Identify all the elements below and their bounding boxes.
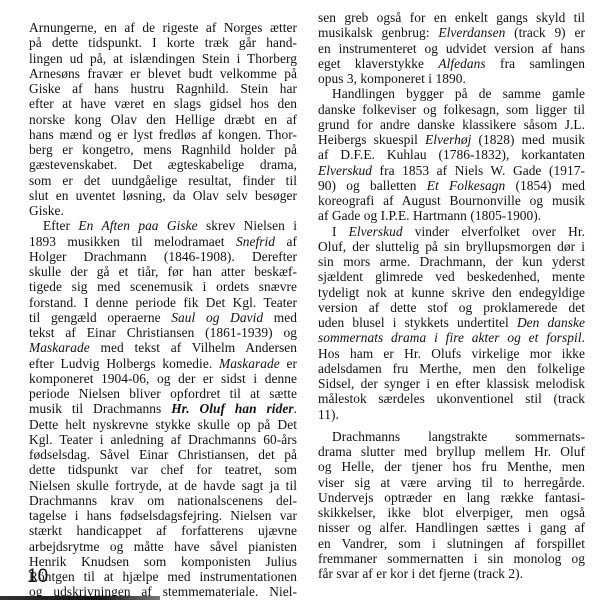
subtitle-text: sommernats drama i fire akter og et fors… bbox=[318, 330, 582, 345]
work-title: Maskarade bbox=[29, 340, 90, 355]
paragraph-gap bbox=[318, 422, 585, 429]
text-line: slut en uventet løsning, da Olav selv be… bbox=[29, 188, 297, 203]
text-line: lingen ud på, at islændingen Stein i Tho… bbox=[29, 51, 297, 66]
text-line: efter at have været en slags gidsel hos … bbox=[29, 96, 297, 111]
text-line: danske folkeviser og folkesagn, som ligg… bbox=[318, 102, 585, 117]
text-line: og Helle, der tjener hos fru Menthe, men bbox=[318, 459, 585, 474]
right-text-column: sen greb også for en enkelt gangs skyld … bbox=[318, 10, 585, 581]
work-title: Maskarade bbox=[219, 356, 280, 371]
text-line: Undervejs optræder en lang række fantasi… bbox=[318, 490, 585, 505]
text-line: norske kong Olav den Hellige dræbt en af bbox=[29, 112, 297, 127]
text-line: Oluf, der sluttelig på sin bryllupsmorge… bbox=[318, 239, 585, 254]
text-run: . bbox=[294, 401, 297, 416]
text-run: til gengæld operaerne bbox=[29, 310, 171, 325]
text-line: skikkelser, ikke blot elverpiger, men og… bbox=[318, 505, 585, 520]
text-run: af bbox=[275, 234, 297, 249]
page-number: 10 bbox=[27, 566, 48, 588]
text-line: berg er kongetro, mens Ragnhild holder p… bbox=[29, 142, 297, 157]
text-line: version af dette stof og proklamerede de… bbox=[318, 300, 585, 315]
text-line: Giske. bbox=[29, 203, 297, 218]
text-line: til gengæld operaerne Saul og David med bbox=[29, 310, 297, 325]
text-line: dette tidspunkt var chef for teatret, so… bbox=[29, 462, 297, 477]
text-line: af Gade og I.P.E. Hartmann (1805-1900). bbox=[318, 208, 585, 223]
text-line: Efter En Aften paa Giske skrev Nielsen i bbox=[29, 218, 297, 233]
text-line: Giske af hans hustru Ragnhild. Stein har bbox=[29, 81, 297, 96]
document-page: Arnungerne, en af de rigeste af Norges æ… bbox=[0, 0, 596, 600]
text-line: komponeret 1904-06, og der er sidst i de… bbox=[29, 371, 297, 386]
text-run: I bbox=[332, 224, 349, 239]
text-run: fra 1853 af Niels W. Gade (1917- bbox=[372, 163, 585, 178]
text-line: Heibergs skuespil Elverhøj (1828) med mu… bbox=[318, 132, 585, 147]
text-run: uden blusel i stykkets undertitel bbox=[318, 315, 517, 330]
subtitle-text: Den danske bbox=[517, 315, 585, 330]
text-line: nisser og alfer. Handlingen sættes i gan… bbox=[318, 520, 585, 535]
text-line: eget klaverstykke Alfedans fra samlingen bbox=[318, 56, 585, 71]
text-line: stærkt handicappet af forfatterens ujævn… bbox=[29, 523, 297, 538]
text-line: Arnungerne, en af de rigeste af Norges æ… bbox=[29, 20, 297, 35]
text-line: musik til Drachmanns Hr. Oluf han rider. bbox=[29, 401, 297, 416]
text-run: fra samlingen bbox=[486, 56, 585, 71]
text-line: I Elverskud vinder elverfolket over Hr. bbox=[318, 224, 585, 239]
text-line: sjældent glimrede ved beskedenhed, mente bbox=[318, 269, 585, 284]
work-title: Elverskud bbox=[318, 163, 372, 178]
text-line: som er det uundgåelige resultat, finder … bbox=[29, 173, 297, 188]
text-line: tekst af Einar Christiansen (1861-1939) … bbox=[29, 325, 297, 340]
text-line: Arnesøns fravær er blevet budt velkomme … bbox=[29, 66, 297, 81]
text-run: musik til Drachmanns bbox=[29, 401, 171, 416]
text-run: 90) og balletten bbox=[318, 178, 427, 193]
text-run: eget klaverstykke bbox=[318, 56, 438, 71]
text-run: med bbox=[263, 310, 297, 325]
text-run: 1893 musikken til melodramaet bbox=[29, 234, 236, 249]
text-line: Nielsen skulle fortryde, at de havde sag… bbox=[29, 478, 297, 493]
text-line: Sidsel, der synger i en efter klassisk m… bbox=[318, 376, 585, 391]
text-line: sommernats drama i fire akter og et fors… bbox=[318, 330, 585, 345]
text-line: tigede sig med scenemusik i ordets snævr… bbox=[29, 279, 297, 294]
text-line: adelsdamen fru Merthe, men den folkelige bbox=[318, 361, 585, 376]
text-run: musikalsk genbrug: bbox=[318, 25, 438, 40]
text-line: sen greb også for en enkelt gangs skyld … bbox=[318, 10, 585, 25]
work-title: Elverskud bbox=[349, 224, 403, 239]
text-line: 1893 musikken til melodramaet Snefrid af bbox=[29, 234, 297, 249]
work-title: Snefrid bbox=[236, 234, 275, 249]
text-line: Drachmanns langstrakte sommernats- bbox=[318, 429, 585, 444]
text-line: fødselsdag. Såvel Einar Christiansen, de… bbox=[29, 447, 297, 462]
text-line: skulle der gå et tiår, før han atter bes… bbox=[29, 264, 297, 279]
text-line: Elverskud fra 1853 af Niels W. Gade (191… bbox=[318, 163, 585, 178]
text-line: Röntgen til at hjælpe med instrumentatio… bbox=[29, 569, 297, 584]
text-line: fremmaner sommernatten i sin monolog og bbox=[318, 551, 585, 566]
text-line: efter Ludvig Holbergs komedie. Maskarade… bbox=[29, 356, 297, 371]
text-line: arbejdsrytme og måtte have såvel pianist… bbox=[29, 539, 297, 554]
scan-edge-bar bbox=[0, 596, 160, 600]
featured-work-title: Hr. Oluf han rider bbox=[171, 401, 293, 416]
work-title: Alfedans bbox=[438, 56, 485, 71]
text-line: grund for andre danske klassikere såsom … bbox=[318, 117, 585, 132]
text-run: er bbox=[280, 356, 297, 371]
text-line: en instrumenteret og udvidet version af … bbox=[318, 41, 585, 56]
text-line: opus 3, komponeret i 1890. bbox=[318, 71, 585, 86]
text-run: med tekst af Vilhelm Andersen bbox=[90, 340, 297, 355]
text-line: uden blusel i stykkets undertitel Den da… bbox=[318, 315, 585, 330]
text-line: 90) og balletten Et Folkesagn (1854) med bbox=[318, 178, 585, 193]
work-title: Saul og David bbox=[171, 310, 263, 325]
work-title: Elverhøj bbox=[425, 132, 471, 147]
text-run: vinder elverfolket over Hr. bbox=[403, 224, 585, 239]
text-line: periode Nielsen bliver opfordret til at … bbox=[29, 386, 297, 401]
text-line: får svar af er kor i det fjerne (track 2… bbox=[318, 566, 585, 581]
work-title: Et Folkesagn bbox=[427, 178, 505, 193]
text-line: Holger Drachmann (1846-1908). Derefter bbox=[29, 249, 297, 264]
text-line: Henrik Knudsen som komponisten Julius bbox=[29, 554, 297, 569]
text-line: koreografi af August Bournonville og mus… bbox=[318, 193, 585, 208]
text-line: Hos ham er Hr. Olufs virkelige mor ikke bbox=[318, 346, 585, 361]
text-line: Dette helt nyskrevne stykke skulle op på… bbox=[29, 417, 297, 432]
text-line: forstand. I denne periode fik Det Kgl. T… bbox=[29, 295, 297, 310]
text-line: musikalsk genbrug: Elverdansen (track 9)… bbox=[318, 25, 585, 40]
text-run: skrev Nielsen i bbox=[198, 218, 297, 233]
text-line: Handlingen bygger på de samme gamle bbox=[318, 86, 585, 101]
text-line: sin mors arme. Drachmann, der kun yderst bbox=[318, 254, 585, 269]
text-run: Efter bbox=[43, 218, 78, 233]
text-run: (1828) med musik bbox=[471, 132, 585, 147]
text-run: efter Ludvig Holbergs komedie. bbox=[29, 356, 219, 371]
text-run: (track 9) er bbox=[505, 25, 585, 40]
text-line: gæstevenskabet. Det ægteskabelige drama, bbox=[29, 157, 297, 172]
text-line: målestok særdeles ukonventionel stil (tr… bbox=[318, 391, 585, 406]
left-text-column: Arnungerne, en af de rigeste af Norges æ… bbox=[29, 20, 297, 600]
text-line: hans mænd og er lyst fredløs af kongen. … bbox=[29, 127, 297, 142]
text-line: tydeligt nok at kunne skrive den endegyl… bbox=[318, 285, 585, 300]
text-line: Kgl. Teater i anledning af Drachmanns 60… bbox=[29, 432, 297, 447]
work-title: En Aften paa Giske bbox=[78, 218, 197, 233]
text-line: 11). bbox=[318, 407, 585, 422]
text-line: drama slutter med bryllup mellem Hr. Olu… bbox=[318, 444, 585, 459]
text-line: Drachmanns krav om nationalscenens del- bbox=[29, 493, 297, 508]
text-run: Heibergs skuespil bbox=[318, 132, 425, 147]
text-line: viser sig at være arving til to herregår… bbox=[318, 475, 585, 490]
text-run: . bbox=[582, 330, 585, 345]
text-line: på dette tidspunkt. I korte træk går han… bbox=[29, 35, 297, 50]
text-line: tagelse i hans fødselsdagsfejring. Niels… bbox=[29, 508, 297, 523]
text-run: (1854) med bbox=[505, 178, 585, 193]
text-line: af D.F.E. Kuhlau (1786-1832), korkantate… bbox=[318, 147, 585, 162]
work-title: Elverdansen bbox=[438, 25, 505, 40]
text-line: Maskarade med tekst af Vilhelm Andersen bbox=[29, 340, 297, 355]
text-line: en Vandrer, som i slutningen af forspill… bbox=[318, 536, 585, 551]
